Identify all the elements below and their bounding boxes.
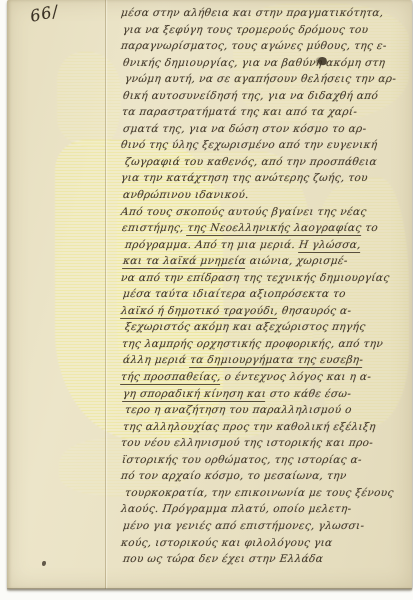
underlined-phrase: της Νεοελληνικής λαογραφίας	[187, 222, 363, 236]
ink-speck	[42, 561, 46, 566]
underlined-phrase: Η γλώσσα,	[298, 239, 362, 253]
manuscript-line: τής προσπαθείας, ο έντεχνος λόγος και η …	[120, 369, 413, 386]
manuscript-line: ξεχωριστός ακόμη και αξεχώριστος πηγής	[120, 319, 413, 336]
manuscript-line: επιστήμης, της Νεοελληνικής λαογραφίας τ…	[120, 220, 413, 237]
line-segment: τα παραστρατήματά της και από τα χαρί-	[121, 106, 358, 118]
line-segment: λαούς. Πρόγραμμα πλατύ, οποίο μελετη-	[120, 503, 352, 515]
manuscript-line: και τα λαϊκά μνημεία αιώνια, χωρισμέ-	[120, 253, 413, 270]
page-number: 66/	[28, 1, 60, 26]
paper-bottom-edge	[7, 588, 412, 591]
manuscript-line: άλλη μεριά τα δημιουργήματα της ευσεβη-	[120, 352, 413, 369]
manuscript-line: της λαμπρής ορχηστικής προφορικής, από τ…	[120, 336, 413, 353]
manuscript-line: γνώμη αυτή, να σε αγαπήσουν θελήσεις την…	[120, 71, 413, 88]
manuscript-line: ανθρώπινου ιδανικού.	[120, 187, 413, 204]
line-segment: να από την επίδραση της τεχνικής δημιουρ…	[120, 272, 390, 284]
line-segment: της λαμπρής ορχηστικής προφορικής, από τ…	[121, 338, 384, 350]
manuscript-paper: 66/ μέσα στην αλήθεια και στην πραγματικ…	[7, 0, 412, 589]
manuscript-line: θινό της ύλης ξεχωρισμένο από την ευγενι…	[120, 137, 413, 154]
line-segment: μέσα ταύτα ιδιαίτερα αξιοπρόσεκτα το	[122, 288, 346, 300]
line-segment: θινό της ύλης ξεχωρισμένο από την ευγενι…	[120, 139, 378, 151]
line-segment: για να ξεφύγη τους τρομερούς δρόμους του	[122, 24, 369, 36]
manuscript-line: τουρκοκρατία, την επικοινωνία με τους ξέ…	[120, 485, 413, 502]
manuscript-line: για την κατάχτηση της ανώτερης ζωής, του	[120, 170, 413, 187]
manuscript-line: τα παραστρατήματά της και από τα χαρί-	[120, 104, 413, 121]
line-segment: της αλληλουχίας προς την καθολική εξέλιξ…	[122, 421, 376, 433]
line-segment: για την κατάχτηση της ανώτερης ζωής, του	[120, 172, 368, 184]
scanned-manuscript-page: 66/ μέσα στην αλήθεια και στην πραγματικ…	[0, 0, 413, 600]
manuscript-line: ϊστορικής του ορθώματος, της ιστορίας α-	[120, 452, 413, 469]
line-segment: θησαυρός α-	[278, 305, 353, 317]
manuscript-line: να από την επίδραση της τεχνικής δημιουρ…	[120, 270, 413, 287]
line-segment: αιώνια, χωρισμέ-	[245, 255, 348, 267]
line-segment: επιστήμης,	[121, 222, 188, 234]
manuscript-line: λαϊκό ή δημοτικό τραγούδι, θησαυρός α-	[120, 303, 413, 320]
manuscript-line: Από τους σκοπούς αυτούς βγαίνει της νέας	[120, 204, 413, 221]
manuscript-line: μένο για γενιές από επιστήμονες, γλωσσι-	[120, 518, 413, 535]
manuscript-line: του νέου ελληνισμού της ιστορικής και πρ…	[120, 435, 413, 452]
underlined-phrase: λαϊκό ή δημοτικό τραγούδι,	[120, 305, 279, 319]
manuscript-line: λαούς. Πρόγραμμα πλατύ, οποίο μελετη-	[120, 501, 413, 518]
line-segment: θνικής δημιουργίας, για να βαθύνη ακόμη …	[122, 57, 386, 69]
manuscript-line: τερο η αναζήτηση του παραλληλισμού ο	[120, 402, 413, 419]
line-segment: ο έντεχνος λόγος και η α-	[220, 371, 372, 383]
highlight-streak	[57, 52, 121, 147]
line-segment: ϊστορικής του ορθώματος, της ιστορίας α-	[121, 454, 362, 466]
line-segment: ξεχωριστός ακόμη και αξεχώριστος πηγής	[124, 321, 366, 333]
manuscript-line: μέσα στην αλήθεια και στην πραγματικότητ…	[120, 5, 413, 22]
line-segment: κούς, ιστορικούς και φιλολόγους για	[120, 537, 333, 549]
manuscript-line: της αλληλουχίας προς την καθολική εξέλιξ…	[120, 419, 413, 436]
line-segment: σματά της, για να δώση στον κόσμο το αρ-	[122, 123, 367, 135]
manuscript-line: σματά της, για να δώση στον κόσμο το αρ-	[120, 121, 413, 138]
line-segment: θική αυτοσυνείδησή της, για να διδαχθή α…	[122, 90, 379, 102]
manuscript-line: θνικής δημιουργίας, για να βαθύνη ακόμη …	[120, 55, 413, 72]
line-segment: παραγνωρίσματος, τους αγώνες μύθους, της…	[120, 40, 387, 52]
underlined-phrase: τής προσπαθείας,	[120, 371, 222, 385]
line-segment: Από τους σκοπούς αυτούς βγαίνει της νέας	[120, 206, 367, 218]
manuscript-line: γη σποραδική κίνηση και στο κάθε έσω-	[120, 386, 413, 403]
underlined-phrase: γη σποραδική κίνηση και	[122, 388, 267, 402]
line-segment: ανθρώπινου ιδανικού.	[122, 189, 249, 201]
line-segment: άλλη μεριά	[122, 354, 191, 366]
line-segment: τερο η αναζήτηση του παραλληλισμού ο	[124, 404, 352, 416]
line-segment: στο κάθε έσω-	[265, 388, 352, 400]
underlined-phrase: και τα λαϊκά μνημεία	[122, 255, 247, 269]
line-segment: πό τον αρχαίο κόσμο, το μεσαίωνα, την	[120, 470, 347, 482]
line-segment: μένο για γενιές από επιστήμονες, γλωσσι-	[122, 520, 365, 532]
manuscript-line: κούς, ιστορικούς και φιλολόγους για	[120, 535, 413, 552]
line-segment: γνώμη αυτή, να σε αγαπήσουν θελήσεις την…	[124, 73, 397, 85]
line-segment: που ως τώρα δεν έχει στην Ελλάδα	[122, 553, 324, 565]
manuscript-line: που ως τώρα δεν έχει στην Ελλάδα	[120, 551, 413, 568]
manuscript-text: μέσα στην αλήθεια και στην πραγματικότητ…	[121, 5, 413, 568]
manuscript-line: ζωγραφιά του καθενός, από την προσπάθεια	[120, 154, 413, 171]
line-segment: ζωγραφιά του καθενός, από την προσπάθεια	[124, 156, 377, 168]
line-segment: του νέου ελληνισμού της ιστορικής και πρ…	[120, 437, 374, 449]
line-segment: τουρκοκρατία, την επικοινωνία με τους ξέ…	[124, 487, 394, 499]
line-segment: μέσα στην αλήθεια και στην πραγματικότητ…	[120, 7, 384, 19]
line-segment: πρόγραμμα. Από τη μια μεριά.	[124, 239, 299, 251]
manuscript-line: για να ξεφύγη τους τρομερούς δρόμους του	[120, 22, 413, 39]
manuscript-line: πό τον αρχαίο κόσμο, το μεσαίωνα, την	[120, 468, 413, 485]
underlined-phrase: τα δημιουργήματα της ευσεβη-	[189, 354, 364, 368]
manuscript-line: πρόγραμμα. Από τη μια μεριά. Η γλώσσα,	[120, 237, 413, 254]
manuscript-line: θική αυτοσυνείδησή της, για να διδαχθή α…	[120, 88, 413, 105]
manuscript-line: παραγνωρίσματος, τους αγώνες μύθους, της…	[120, 38, 413, 55]
fold-crease	[105, 0, 106, 589]
manuscript-line: μέσα ταύτα ιδιαίτερα αξιοπρόσεκτα το	[120, 286, 413, 303]
line-segment: το	[361, 222, 379, 234]
